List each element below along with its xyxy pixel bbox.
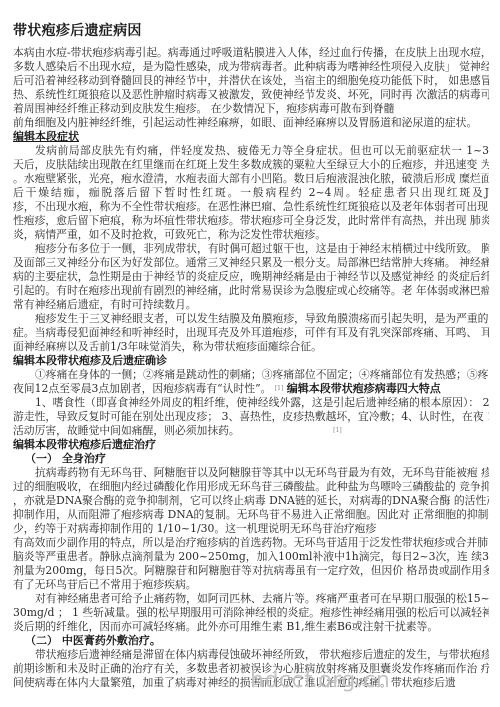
body-line: 天后，皮肤陆续出现散在红里继而在红斑上发生多数成簇的粟粒大至绿豆大小的丘疱疹，并… bbox=[13, 158, 489, 172]
cause-section: 本病由水痘-带状疱疹病毒引起。病毒通过呼吸道粘膜进入人体，经过血行传播，在皮肤上… bbox=[13, 46, 489, 130]
body-line: 前角细胞及内脏神经纤维，引起运动性神经麻痹，如眼、面神经麻痹以及胃肠道和泌尿道的… bbox=[13, 116, 489, 130]
body-line: 剂量为200mg，每日5次。阿糖腺苷和阿糖胞苷等对抗病毒虽有一定疗效，但因价 格… bbox=[13, 564, 489, 578]
body-line: 抑制作用，从而阻滞了疱疹病毒 DNA的复制。无环鸟苷不易进入正常细胞。因此对 正… bbox=[13, 508, 489, 522]
body-line-with-heading: 夜间12点至零晨3点加剧者，因疱疹病毒有“认时性”。 [1] 编辑本段带状疱疹病… bbox=[13, 382, 489, 396]
subheading-systemic: （一） 全身治疗 bbox=[13, 452, 489, 466]
section-heading-treatment: 编辑本段带状疱疹后遗症治疗 bbox=[13, 438, 489, 452]
diagnosis-section: 编辑本段带状疱疹及后遗症确诊 ①疼痛在身体的一侧；②疼痛是跳动性的刺痛；③疼痛部… bbox=[13, 354, 489, 396]
body-line: 。水疱壁紧张，光亮，疱水澄清，水疱表面大部有小凹陷。数日后疱液混浊化脓，破溃后形… bbox=[13, 172, 489, 186]
body-line: 少，约等于对病毒抑制作用的 1/10~1/30。这一机理说明无环鸟苷治疗疱疹 bbox=[13, 522, 489, 536]
body-line: 疱疹分布多位于一侧，非列成带状，有时偶可超过躯干也，这是由于神经末梢横过中线所致… bbox=[13, 242, 489, 256]
body-line: 游走性，导致反复时可能在别处出现皮疹； 3、喜热性，皮疹热敷越坏，宜冷敷；4、认… bbox=[13, 410, 489, 424]
body-line: 炎后期的纤维化，因而亦可减轻疼痛。此外亦可用维生素 B1,维生素B6或注射干扰素… bbox=[13, 620, 489, 634]
subheading-tcm: （二） 中医膏药外敷治疗。 bbox=[13, 634, 489, 648]
body-line: ①疼痛在身体的一侧；②疼痛是跳动性的刺痛；③疼痛部位不固定；④疼痛部位有发热感；… bbox=[13, 368, 489, 382]
body-line: 炎，病情严重，如不及时抢救，可致死亡，称为泛发性带状疱疹。 bbox=[13, 228, 489, 242]
body-line: 发病前局部皮肤先有灼痛，伴轻度发热、疲倦无力等全身症状。但也可以无前驱症状一 1… bbox=[13, 144, 489, 158]
body-line: 后可沿着神经移动到脊髓回艮的神经节中，并潜伏在该处，当宿主的细胞免疫功能低下时，… bbox=[13, 74, 489, 88]
body-line: 脑炎等严重患者。静脉点滴剂量为 200~250mg，加入100ml补液中1h滴完… bbox=[13, 550, 489, 564]
reference-mark[interactable]: [1] bbox=[275, 385, 284, 392]
section-heading-symptoms[interactable]: 编辑本段症状 bbox=[13, 130, 489, 144]
symptoms-section: 编辑本段症状 发病前局部皮肤先有灼痛，伴轻度发热、疲倦无力等全身症状。但也可以无… bbox=[13, 130, 489, 354]
body-line: 30mg/d ； 1 些斩减量。强的松早期服用可消除神经根的炎症。疱疹性神经痛用… bbox=[13, 606, 489, 620]
watermark: hdccf.org.cn bbox=[250, 668, 390, 693]
body-line: 有了无环鸟苷后已不常用于疱疹疾病。 bbox=[13, 578, 489, 592]
treatment-section: 编辑本段带状疱疹后遗症治疗 （一） 全身治疗 抗病毒药物有无环鸟苷、阿糖胞苷以及… bbox=[13, 438, 489, 690]
body-text: 夜间12点至零晨3点加剧者，因疱疹病毒有“认时性”。 bbox=[13, 382, 271, 395]
body-line: 对有神经痛患者可给予止痛药物，如阿司匹林、去痛片等。疼痛严重者可在早期口服强的松… bbox=[13, 592, 489, 606]
body-line: 抗病毒药物有无环鸟苷、阿糖胞苷以及阿糖腺苷等其中以无环鸟苷最为有效，无环鸟苷能被… bbox=[13, 466, 489, 480]
body-line: 1、嗜食性（即喜食神经外周皮的粗纤维，使神经线外露，这是引起后遗神经痛的根本原因… bbox=[13, 396, 489, 410]
body-line: 带状疱疹后遗神经痛是滞留在体内病毒侵蚀破坏神经所致， 带状疱疹后遗症的发生，与带… bbox=[13, 648, 489, 662]
body-line: 及面部三叉神经分布区为好发部位。通常三叉神经只累及一根分支。局部淋巴结常肿大疼痛… bbox=[13, 256, 489, 270]
body-line: ，亦就是DNA聚合酶的竞争抑制剂，它可以终止病毒 DNA链的延长，对病毒的DNA… bbox=[13, 494, 489, 508]
page-title: 带状疱疹后遗症病因 bbox=[13, 22, 489, 40]
document-page: 带状疱疹后遗症病因 本病由水痘-带状疱疹病毒引起。病毒通过呼吸道粘膜进入人体，经… bbox=[13, 22, 489, 690]
features-section: 1、嗜食性（即喜食神经外周皮的粗纤维，使神经线外露，这是引起后遗神经痛的根本原因… bbox=[13, 396, 489, 438]
body-line: 引起的。有时在疱疹出现前有剧烈的神经痛，此时常易误诊为急腹症或心绞痛等。老 年体… bbox=[13, 284, 489, 298]
section-heading-features: 编辑本段带状疱疹病毒四大特点 bbox=[287, 382, 441, 395]
body-line: 疱疹发生于三叉神经眼支者，可以发生结膜及角膜疱疹，导致角膜溃疡而引起失明，是为严… bbox=[13, 312, 489, 326]
body-line: 本病由水痘-带状疱疹病毒引起。病毒通过呼吸道粘膜进入人体，经过血行传播，在皮肤上… bbox=[13, 46, 489, 60]
body-line: 性疱疹，愈后留下疤痕，称为坏疽性带状疱疹。带状疱疹可全身泛发，此时常伴有高热，并… bbox=[13, 214, 489, 228]
body-line: 面神经麻痹以及舌前1/3年味觉消失，称为带状疱疹面瘫综合征。 bbox=[13, 340, 489, 354]
body-line: 有高效而少副作用的特点，所以是治疗疱疹病的首选药物。无环鸟苷适用于泛发性带状疱疹… bbox=[13, 536, 489, 550]
body-line: 后干燥结痂，痂脱落后留下暂时性红斑。一般病程约 2~4周。轻症患者只出现红斑及J bbox=[13, 186, 489, 200]
body-line: 过的细胞吸收，在细胞内经过磷酸化作用形成无环鸟苷三磷酸盐。此种盐为鸟嘌呤三磷酸盐… bbox=[13, 480, 489, 494]
body-line: 活动厉害，故睡觉中间如痛醒，则必须加抹药。 [1] bbox=[13, 424, 489, 438]
body-text: 活动厉害，故睡觉中间如痛醒，则必须加抹药。 bbox=[13, 424, 240, 437]
body-line: 症。当病毒侵犯面神经和听神经时，出现耳壳及外耳道疱疹，可伴有耳及有乳突深部疼痛、… bbox=[13, 326, 489, 340]
reference-mark[interactable]: [1] bbox=[333, 427, 342, 434]
body-line: 着周围神经纤维正移动到皮肤发生疱疹。 在少数情况下，疱疹病毒可散布到脊髓 bbox=[13, 102, 489, 116]
body-line: 常有神经痛后遗症，有时可持续数月。 bbox=[13, 298, 489, 312]
section-heading-diagnosis: 编辑本段带状疱疹及后遗症确诊 bbox=[13, 354, 489, 368]
body-line: 多数人感染后不出现水痘，是为隐性感染，成为带病毒者。此种病毒为嗜神经性项侵入皮肤… bbox=[13, 60, 489, 74]
body-line: 病的主要症状，急性期是由于神经节的炎症反应，晚期神经痛是由于神经节以及感觉神经 … bbox=[13, 270, 489, 284]
body-line: 疹，不出现水疱，称为不全性带状疱疹。在恶性淋巴瘤、急性系统性红斑狼疮以及老年体弱… bbox=[13, 200, 489, 214]
body-line: 热、系统性红斑狼疮以及恶性肿瘤时病毒又被激发，致使神经节发炎、坏死，同时再 次激… bbox=[13, 88, 489, 102]
